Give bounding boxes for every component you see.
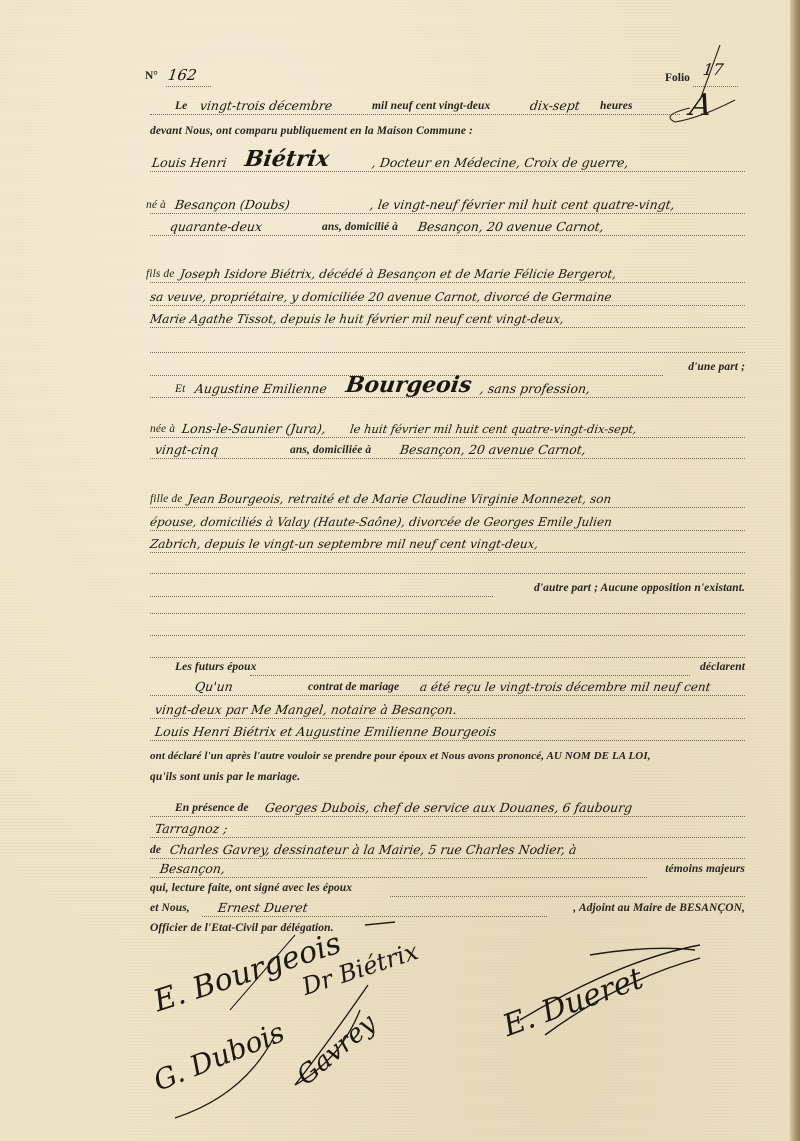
signature-flourishes (0, 0, 800, 1141)
civil-marriage-record-page: N° 162 Folio 17 A Le vingt-trois décembr… (0, 0, 800, 1141)
